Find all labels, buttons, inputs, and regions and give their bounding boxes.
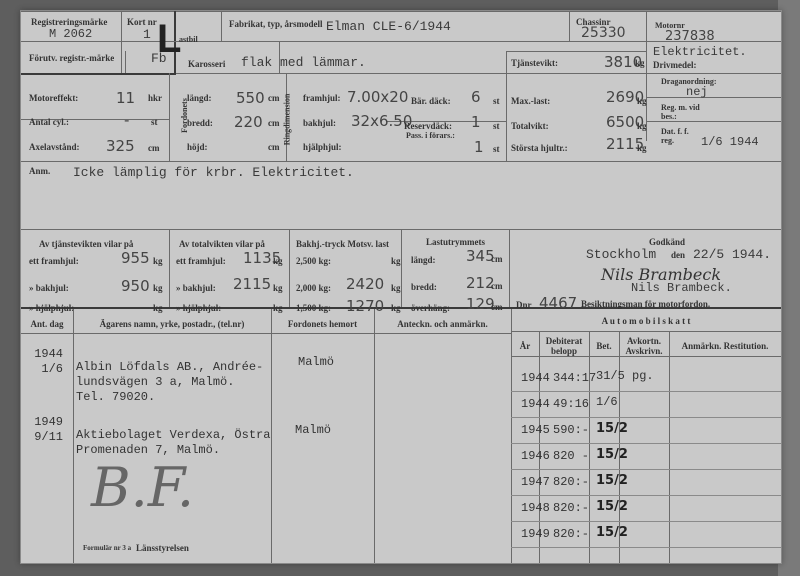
height-label: höjd:: [187, 142, 208, 152]
service-front-value: 955: [121, 249, 150, 267]
form-issuer: Länsstyrelsen: [136, 543, 189, 553]
unit-kg: kg: [391, 303, 401, 313]
col-notes: Anteckn. och anmärkn.: [374, 319, 511, 329]
unit-kg: kg: [391, 256, 401, 266]
unit-cm: cm: [268, 118, 280, 128]
tax-row-year: 1946: [521, 449, 550, 464]
unit-cm: cm: [268, 93, 280, 103]
service-rear-value: 950: [121, 277, 150, 295]
cargo-width-label: bredd:: [411, 282, 437, 292]
service-weight-title: Av tjänstevikten vilar på: [39, 239, 133, 249]
spare-wheel-label: » hjälphjul:: [176, 303, 221, 313]
motor-value: 237838: [665, 29, 715, 44]
passenger-label: Pass. i förars.:: [406, 131, 456, 140]
unit-hkr: hkr: [148, 93, 162, 103]
unit-st: st: [493, 121, 500, 131]
unit-kg: kg: [637, 143, 647, 153]
tax-row-amount: 820:-: [553, 475, 589, 490]
unit-kg: kg: [153, 256, 163, 266]
tax-row-paid: 15/2: [596, 473, 628, 488]
col-home: Fordonets hemort: [271, 319, 374, 329]
tax-row-year: 1949: [521, 527, 550, 542]
tax-row-amount: 590:-: [553, 423, 589, 438]
tax-row-amount: 344:17: [553, 371, 596, 386]
reg-value: M 2062: [49, 27, 92, 41]
card-number-label: Kort nr: [127, 17, 157, 27]
unit-kg: kg: [153, 303, 163, 313]
tax-row-paid: 15/2: [596, 499, 628, 514]
pressure-1500-value: 1270: [346, 297, 384, 315]
front-tire-label: framhjul:: [303, 93, 341, 103]
owner-row-2-date: 1949 9/11: [33, 415, 63, 445]
handwritten-initials: B.F.: [91, 456, 194, 519]
total-weight-label: Totalvikt:: [511, 121, 549, 131]
total-weight-title: Av totalvikten vilar på: [179, 239, 265, 249]
tire-group-label: Ringdimension: [282, 94, 291, 146]
tax-title: A u t o m o b i l s k a t t: [511, 316, 781, 326]
tax-row-paid: 31/5 pg.: [596, 369, 654, 384]
reg-at-inspection-label: Reg. m. vid bes.:: [661, 103, 711, 121]
owner-row-2-home: Malmö: [295, 423, 331, 438]
unit-kg: kg: [273, 283, 283, 293]
unit-kg: kg: [273, 303, 283, 313]
front-wheel-label: ett framhjul:: [29, 256, 79, 266]
inspector-name: Nils Brambeck.: [631, 281, 732, 295]
max-load-label: Max.-last:: [511, 96, 550, 106]
approval-date: 22/5 1944.: [693, 247, 771, 262]
axle-label: Axelavstånd:: [29, 142, 80, 152]
vehicle-type-letter: L: [157, 19, 181, 59]
tax-row-year: 1947: [521, 475, 550, 490]
body-label: Karosseri: [188, 59, 225, 69]
tax-row-year: 1945: [521, 423, 550, 438]
unit-cm: cm: [268, 142, 280, 152]
unit-kg: kg: [153, 283, 163, 293]
col-owner: Ägarens namn, yrke, postadr., (tel.nr): [73, 319, 271, 329]
approval-place: Stockholm: [586, 247, 656, 262]
tax-col-reduction: Avkortn. Avskrivn.: [619, 336, 669, 356]
spare-tire-label: hjälphjul:: [303, 142, 342, 152]
reg-label: Registreringsmärke: [31, 17, 107, 27]
tax-col-paid: Bet.: [589, 341, 619, 351]
carrying-tires-label: Bär. däck:: [411, 96, 451, 106]
body-value: flak med lämmar.: [241, 55, 366, 70]
approval-title: Godkänd: [649, 237, 685, 247]
spare-count-label: Reservdäck:: [404, 121, 452, 131]
fuel-label: Drivmedel:: [653, 60, 696, 70]
tax-row-amount: 820 -: [553, 449, 589, 464]
tax-row-divider: [511, 495, 781, 496]
carrying-tires-value: 6: [471, 88, 481, 106]
unit-cm: cm: [148, 143, 160, 153]
unit-st: st: [493, 144, 500, 154]
tax-row-divider: [511, 521, 781, 522]
cylinders-label: Antal cyl.:: [29, 117, 69, 127]
first-reg-date-value: 1/6 1944: [701, 135, 759, 149]
remarks-text: Icke lämplig för krbr. Elektricitet.: [73, 165, 354, 180]
pressure-2000-label: 2,000 kg:: [296, 283, 331, 293]
tax-row-divider: [511, 469, 781, 470]
front-tire-value: 7.00x20: [347, 88, 408, 106]
unit-kg: kg: [391, 283, 401, 293]
power-value: 11: [116, 89, 135, 107]
dnr-value: 4467: [539, 294, 577, 312]
tax-row-year: 1944: [521, 371, 550, 386]
front-wheel-label: ett framhjul:: [176, 256, 226, 266]
inspector-role: Besiktningsman för motorfordon.: [581, 299, 710, 309]
tax-row-paid: 15/2: [596, 447, 628, 462]
tow-value: nej: [686, 85, 708, 99]
tax-row-paid: 15/2: [596, 421, 628, 436]
first-reg-date-label: Dat. f. f. reg.: [661, 127, 693, 145]
unit-kg: kg: [637, 96, 647, 106]
total-rear-value: 2115: [233, 275, 271, 293]
width-label: bredd:: [187, 118, 213, 128]
unit-cm: cm: [491, 302, 503, 312]
tax-col-amount: Debiterat belopp: [539, 336, 589, 356]
prev-reg-label: Förutv. registr.-märke: [29, 53, 114, 63]
tax-col-year: År: [511, 341, 539, 351]
tax-row-amount: 49:16: [553, 397, 589, 412]
length-value: 550: [236, 89, 265, 107]
unit-kg: kg: [635, 58, 645, 68]
tax-row-paid: 15/2: [596, 525, 628, 540]
dnr-label: Dnr: [516, 300, 532, 310]
tax-row-paid: 1/6: [596, 395, 618, 410]
vehicle-type-suffix: astbil: [179, 35, 198, 44]
pressure-2000-value: 2420: [346, 275, 384, 293]
spare-count-value: 1: [471, 113, 481, 131]
passenger-value: 1: [474, 138, 484, 156]
unit-kg: kg: [273, 256, 283, 266]
length-label: längd:: [187, 93, 212, 103]
fuel-value: Elektricitet.: [653, 45, 747, 59]
tax-row-amount: 820:-: [553, 501, 589, 516]
max-wheel-label: Största hjultr.:: [511, 143, 568, 153]
power-label: Motoreffekt:: [29, 93, 78, 103]
unit-cm: cm: [491, 254, 503, 264]
cargo-title: Lastutrymmets: [426, 237, 485, 247]
approval-den: den: [671, 250, 685, 260]
card-number-value: 1: [143, 27, 151, 42]
pressure-title: Bakhj.-tryck Motsv. last: [296, 239, 389, 249]
axle-value: 325: [106, 137, 135, 155]
tax-row-divider: [511, 443, 781, 444]
make-value: Elman CLE-6/1944: [326, 19, 451, 34]
registration-card: Registreringsmärke M 2062 Kort nr 1 Föru…: [20, 10, 782, 564]
unit-kg: kg: [637, 121, 647, 131]
owner-row-2-owner: Aktiebolaget Verdexa, Östra Promenaden 7…: [76, 428, 270, 458]
unit-cm: cm: [491, 281, 503, 291]
pressure-1500-label: 1,500 kg:: [296, 303, 331, 313]
cargo-overhang-label: överhäng:: [411, 303, 450, 313]
unit-st: st: [151, 117, 158, 127]
pressure-2500-label: 2,500 kg:: [296, 256, 331, 266]
cylinders-value: -: [124, 111, 129, 129]
form-number: Formulär nr 3 a: [83, 544, 131, 552]
width-value: 220: [234, 113, 263, 131]
make-label: Fabrikat, typ, årsmodell: [229, 19, 323, 29]
chassis-value: 25330: [581, 25, 626, 41]
service-weight-label: Tjänstevikt:: [511, 58, 558, 68]
rear-tire-label: bakhjul:: [303, 118, 336, 128]
tax-row-divider: [511, 547, 781, 548]
rear-wheel-label: » bakhjul:: [176, 283, 216, 293]
tax-row-year: 1948: [521, 501, 550, 516]
rear-wheel-label: » bakhjul:: [29, 283, 69, 293]
owner-row-1-home: Malmö: [298, 355, 334, 370]
unit-st: st: [493, 96, 500, 106]
tax-col-remarks: Anmärkn. Restitution.: [669, 341, 781, 351]
owner-row-1-owner: Albin Löfdals AB., Andrée- lundsvägen 3 …: [76, 360, 263, 405]
tax-row-amount: 820:-: [553, 527, 589, 542]
owner-row-1-date: 1944 1/6: [33, 347, 63, 377]
col-date: Ant. dag: [21, 319, 73, 329]
spare-wheel-label: » hjälphjul:: [29, 303, 74, 313]
tax-row-divider: [511, 391, 781, 392]
tax-row-divider: [511, 417, 781, 418]
remarks-label: Anm.: [29, 166, 50, 176]
cargo-length-label: längd:: [411, 255, 436, 265]
tax-row-year: 1944: [521, 397, 550, 412]
